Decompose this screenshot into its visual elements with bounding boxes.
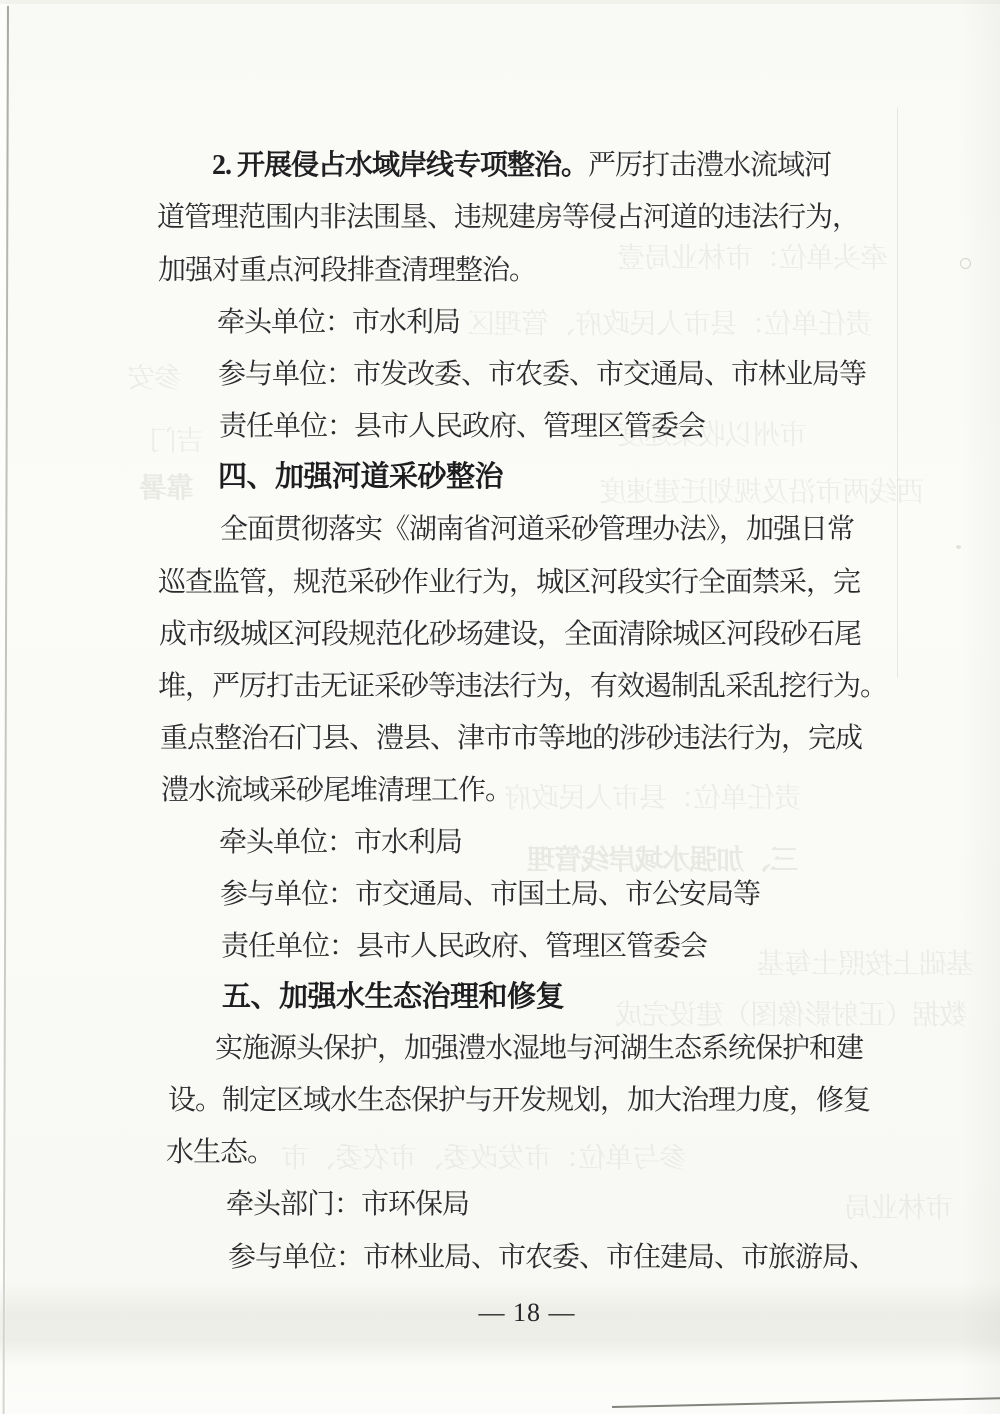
bleedthrough-text: 市林业局 [845, 1186, 953, 1226]
scanned-document-page: 牵头单位：市林业局壹 责任单位：县市人民政府、管理区 参安 市州以收案速度 吉门… [0, 0, 1000, 1414]
lead-department-line: 牵头部门：市环保局 [226, 1185, 469, 1225]
body-line: 堆，严厉打击无证采砂等违法行为，有效遏制乱采乱挖行为。 [158, 667, 887, 707]
scan-speck [956, 545, 961, 549]
participating-units-line: 参与单位：市发改委、市农委、市交通局、市林业局等 [218, 355, 866, 395]
paragraph-2-lead-line: 2. 开展侵占水域岸线专项整治。严厉打击澧水流域河 [212, 146, 831, 186]
bleedthrough-text: 参与单位：市发改委、市农委、市 [282, 1136, 687, 1176]
bleedthrough-text: 西线两市沿及规划迁建速度 [600, 470, 924, 510]
scan-speck [960, 258, 971, 269]
scan-edge-top [0, 0, 1000, 4]
section-4-heading: 四、加强河道采砂整治 [218, 457, 503, 497]
body-line: 全面贯彻落实《湖南省河道采砂管理办法》，加强日常 [220, 510, 854, 550]
bleedthrough-text: 数据（正射影像图）建设完成 [616, 993, 967, 1033]
bleedthrough-text: 牵头单位：市林业局壹 [618, 236, 888, 276]
bleedthrough-text: 责任单位：县市人民政府、管理区 [468, 302, 873, 342]
body-line: 实施源头保护，加强澧水湿地与河湖生态系统保护和建 [215, 1029, 863, 1069]
body-line: 道管理范围内非法围垦、违规建房等侵占河道的违法行为， [157, 198, 859, 238]
body-line: 成市级城区河段规范化砂场建设，全面清除城区河段砂石尾 [159, 615, 861, 655]
bleedthrough-text: 参安 [128, 356, 182, 396]
bleedthrough-text: 基础上按照土每基 [758, 942, 974, 982]
lead-unit-line: 牵头单位：市水利局 [217, 303, 460, 343]
participating-units-line: 参与单位：市林业局、市农委、市住建局、市旅游局、 [228, 1238, 876, 1278]
body-line: 水生态。 [166, 1133, 274, 1173]
paragraph-2-lead-rest: 严厉打击澧水流域河 [588, 150, 831, 181]
responsible-units-line: 责任单位：县市人民政府、管理区管委会 [221, 927, 707, 967]
bleedthrough-text: 吉门 [150, 419, 204, 459]
participating-units-line: 参与单位：市交通局、市国土局、市公安局等 [220, 875, 760, 915]
responsible-units-line: 责任单位：县市人民政府、管理区管委会 [219, 407, 705, 447]
body-line: 加强对重点河段排查清理整治。 [158, 251, 536, 291]
body-line: 澧水流域采砂尾堆清理工作。 [161, 771, 512, 811]
bleedthrough-text: 靠暑 [140, 466, 194, 506]
paper-fold-line [897, 108, 898, 678]
bleedthrough-text: 责任单位：县市人民政府 [505, 776, 802, 816]
page-number: — 18 — [427, 1298, 627, 1328]
body-line: 设。制定区域水生态保护与开发规划，加大治理力度，修复 [168, 1081, 870, 1121]
section-5-heading: 五、加强水生态治理和修复 [222, 977, 564, 1017]
bleedthrough-text: 三、加强水域岸线管理 [528, 838, 798, 878]
body-line: 巡查监管，规范采砂作业行为，城区河段实行全面禁采，完 [158, 563, 860, 603]
body-line: 重点整治石门县、澧县、津市市等地的涉砂违法行为，完成 [160, 719, 862, 759]
lead-unit-line: 牵头单位：市水利局 [219, 823, 462, 863]
scan-edge-line-bottom [612, 1397, 1000, 1408]
paragraph-2-bold-title: 2. 开展侵占水域岸线专项整治。 [212, 150, 588, 181]
